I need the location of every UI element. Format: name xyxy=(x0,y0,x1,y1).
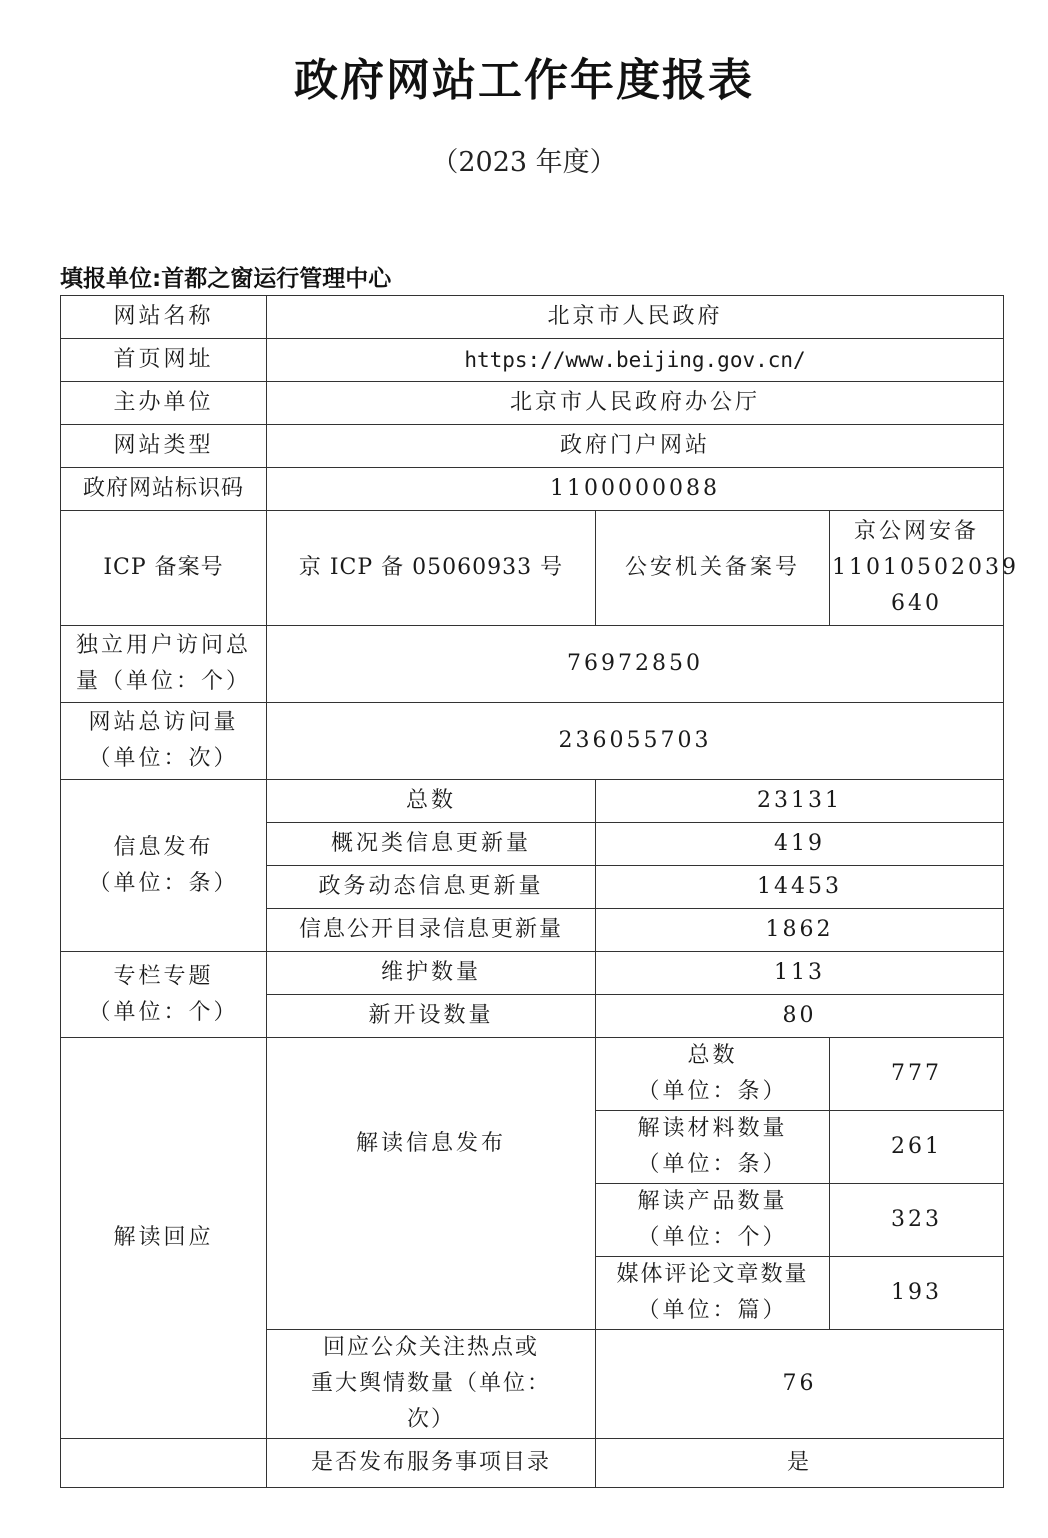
interpretation-item-label: 总数 （单位：条） xyxy=(596,1038,830,1111)
table-row: 网站名称 北京市人民政府 xyxy=(61,296,1004,339)
unique-visitors-value: 76972850 xyxy=(267,626,1004,703)
table-row: 首页网址 https://www.beijing.gov.cn/ xyxy=(61,339,1004,382)
service-catalog-label: 是否发布服务事项目录 xyxy=(267,1439,596,1488)
table-row: ICP 备案号 京 ICP 备 05060933 号 公安机关备案号 京公网安备… xyxy=(61,511,1004,626)
interpretation-item-label: 解读材料数量 （单位：条） xyxy=(596,1111,830,1184)
site-type-label: 网站类型 xyxy=(61,425,267,468)
interpretation-item-value: 193 xyxy=(830,1257,1004,1330)
label-line: （单位：个） xyxy=(63,995,264,1031)
table-row: 主办单位 北京市人民政府办公厅 xyxy=(61,382,1004,425)
table-row: 独立用户访问总 量（单位：个） 76972850 xyxy=(61,626,1004,703)
police-record-line3: 640 xyxy=(832,586,1001,622)
table-row: 信息发布 （单位：条） 总数 23131 xyxy=(61,780,1004,823)
host-unit-label: 主办单位 xyxy=(61,382,267,425)
label-line: 解读材料数量 xyxy=(598,1111,827,1147)
site-id-value: 1100000088 xyxy=(267,468,1004,511)
report-year: （2023 年度） xyxy=(0,140,1048,179)
label-line: 重大舆情数量（单位： xyxy=(269,1366,593,1402)
interpretation-item-value: 323 xyxy=(830,1184,1004,1257)
total-visits-value: 236055703 xyxy=(267,703,1004,780)
site-name-value: 北京市人民政府 xyxy=(267,296,1004,339)
filler-unit: 填报单位:首都之窗运行管理中心 xyxy=(60,260,391,293)
response-label: 回应公众关注热点或 重大舆情数量（单位： 次） xyxy=(267,1330,596,1439)
label-line: 解读产品数量 xyxy=(598,1184,827,1220)
unique-visitors-label: 独立用户访问总 量（单位：个） xyxy=(61,626,267,703)
table-row: 解读回应 解读信息发布 总数 （单位：条） 777 xyxy=(61,1038,1004,1111)
label-line: 媒体评论文章数量 xyxy=(598,1257,827,1293)
table-row: 网站总访问量 （单位：次） 236055703 xyxy=(61,703,1004,780)
table-row: 政府网站标识码 1100000088 xyxy=(61,468,1004,511)
label-line: 总数 xyxy=(598,1038,827,1074)
info-release-item-value: 1862 xyxy=(596,909,1004,952)
info-release-label: 信息发布 （单位：条） xyxy=(61,780,267,952)
table-row: 专栏专题 （单位：个） 维护数量 113 xyxy=(61,952,1004,995)
columns-item-value: 80 xyxy=(596,995,1004,1038)
interpretation-sub-label: 解读信息发布 xyxy=(267,1038,596,1330)
interpretation-item-value: 777 xyxy=(830,1038,1004,1111)
icp-label: ICP 备案号 xyxy=(61,511,267,626)
label-line: （单位：次） xyxy=(63,741,264,777)
info-release-item-value: 23131 xyxy=(596,780,1004,823)
police-record-value: 京公网安备 11010502039 640 xyxy=(830,511,1004,626)
interpretation-item-value: 261 xyxy=(830,1111,1004,1184)
columns-label: 专栏专题 （单位：个） xyxy=(61,952,267,1038)
table-row: 是否发布服务事项目录 是 xyxy=(61,1439,1004,1488)
label-line: （单位：篇） xyxy=(598,1293,827,1329)
label-line: （单位：条） xyxy=(63,866,264,902)
police-record-label: 公安机关备案号 xyxy=(596,511,830,626)
label-line: 信息发布 xyxy=(63,830,264,866)
info-release-item-label: 总数 xyxy=(267,780,596,823)
homepage-url-label: 首页网址 xyxy=(61,339,267,382)
site-type-value: 政府门户网站 xyxy=(267,425,1004,468)
label-line: 专栏专题 xyxy=(63,959,264,995)
info-release-item-label: 政务动态信息更新量 xyxy=(267,866,596,909)
interpretation-label: 解读回应 xyxy=(61,1038,267,1439)
site-name-label: 网站名称 xyxy=(61,296,267,339)
label-line: （单位：条） xyxy=(598,1147,827,1183)
interpretation-item-label: 媒体评论文章数量 （单位：篇） xyxy=(596,1257,830,1330)
icp-value: 京 ICP 备 05060933 号 xyxy=(267,511,596,626)
police-record-line1: 京公网安备 xyxy=(832,514,1001,550)
label-line: （单位：个） xyxy=(598,1220,827,1256)
info-release-item-label: 信息公开目录信息更新量 xyxy=(267,909,596,952)
report-table: 网站名称 北京市人民政府 首页网址 https://www.beijing.go… xyxy=(60,295,1004,1488)
info-release-item-label: 概况类信息更新量 xyxy=(267,823,596,866)
info-release-item-value: 14453 xyxy=(596,866,1004,909)
label-line: 次） xyxy=(269,1402,593,1438)
label-line: （单位：条） xyxy=(598,1074,827,1110)
homepage-url-value: https://www.beijing.gov.cn/ xyxy=(267,339,1004,382)
columns-item-label: 维护数量 xyxy=(267,952,596,995)
total-visits-label: 网站总访问量 （单位：次） xyxy=(61,703,267,780)
host-unit-value: 北京市人民政府办公厅 xyxy=(267,382,1004,425)
columns-item-label: 新开设数量 xyxy=(267,995,596,1038)
page-title: 政府网站工作年度报表 xyxy=(0,44,1048,108)
columns-item-value: 113 xyxy=(596,952,1004,995)
response-value: 76 xyxy=(596,1330,1004,1439)
label-line: 回应公众关注热点或 xyxy=(269,1330,593,1366)
police-record-line2: 11010502039 xyxy=(832,550,1001,586)
service-catalog-value: 是 xyxy=(596,1439,1004,1488)
label-line: 量（单位：个） xyxy=(63,664,264,700)
label-line: 独立用户访问总 xyxy=(63,628,264,664)
site-id-label: 政府网站标识码 xyxy=(61,468,267,511)
label-line: 网站总访问量 xyxy=(63,705,264,741)
table-row: 网站类型 政府门户网站 xyxy=(61,425,1004,468)
empty-cell xyxy=(61,1439,267,1488)
interpretation-item-label: 解读产品数量 （单位：个） xyxy=(596,1184,830,1257)
info-release-item-value: 419 xyxy=(596,823,1004,866)
